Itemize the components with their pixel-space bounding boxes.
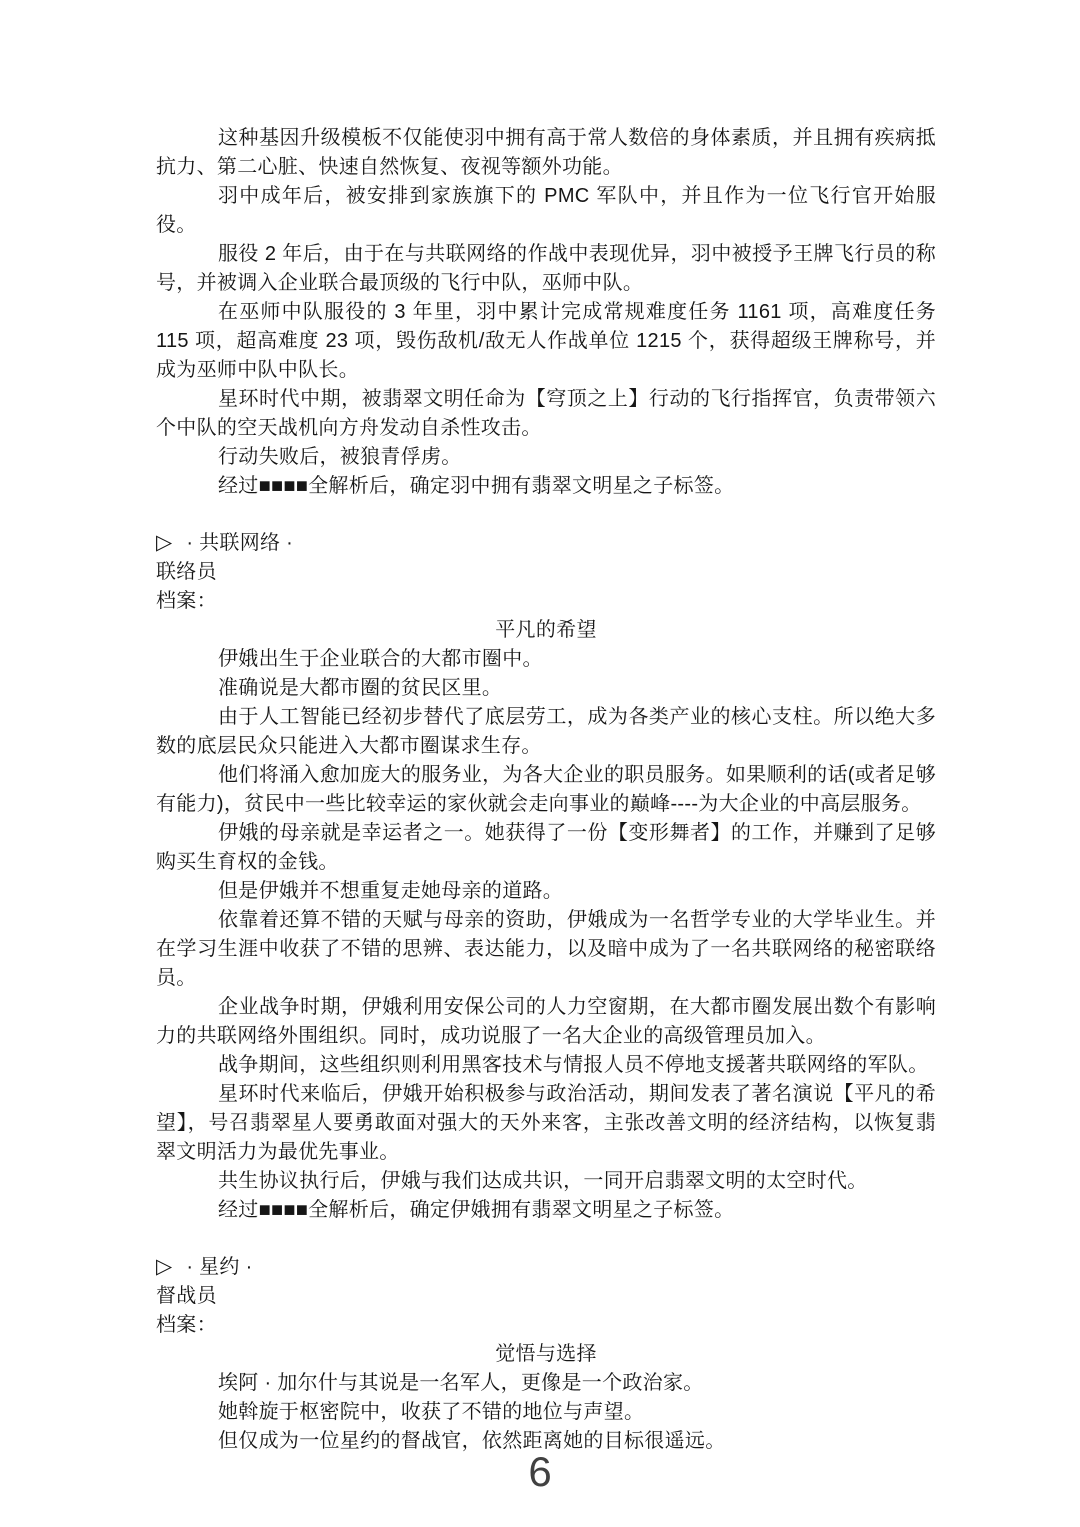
paragraph: 在巫师中队服役的 3 年里，羽中累计完成常规难度任务 1161 项，高难度任务 … <box>156 298 936 385</box>
page-footer: 6 <box>0 1448 1080 1496</box>
paragraph: 这种基因升级模板不仅能使羽中拥有高于常人数倍的身体素质，并且拥有疾病抵抗力、第二… <box>156 124 936 182</box>
archive-title: 觉悟与选择 <box>156 1340 936 1369</box>
paragraph: 共生协议执行后，伊娥与我们达成共识，一同开启翡翠文明的太空时代。 <box>156 1167 936 1196</box>
archive-label: 档案： <box>156 1311 936 1340</box>
paragraph: 服役 2 年后，由于在与共联网络的作战中表现优异，羽中被授予王牌飞行员的称号，并… <box>156 240 936 298</box>
page-content: 这种基因升级模板不仅能使羽中拥有高于常人数倍的身体素质，并且拥有疾病抵抗力、第二… <box>156 124 936 1456</box>
paragraph: 依靠着还算不错的天赋与母亲的资助，伊娥成为一名哲学专业的大学毕业生。并在学习生涯… <box>156 906 936 993</box>
paragraph: 伊娥的母亲就是幸运者之一。她获得了一份【变形舞者】的工作，并赚到了足够购买生育权… <box>156 819 936 877</box>
page-number: 6 <box>528 1448 551 1496</box>
paragraph: 企业战争时期，伊娥利用安保公司的人力空窗期，在大都市圈发展出数个有影响力的共联网… <box>156 993 936 1051</box>
paragraph: 埃阿 · 加尔什与其说是一名军人，更像是一个政治家。 <box>156 1369 936 1398</box>
bio-continuation-block: 这种基因升级模板不仅能使羽中拥有高于常人数倍的身体素质，并且拥有疾病抵抗力、第二… <box>156 124 936 501</box>
section-faction-label: · 星约 · <box>186 1256 252 1278</box>
section-header: ▷ · 星约 · <box>156 1252 936 1282</box>
section-header: ▷ · 共联网络 · <box>156 528 936 558</box>
paragraph: 星环时代来临后，伊娥开始积极参与政治活动，期间发表了著名演说【平凡的希望】，号召… <box>156 1080 936 1167</box>
paragraph: 战争期间，这些组织则利用黑客技术与情报人员不停地支援著共联网络的军队。 <box>156 1051 936 1080</box>
role-label: 联络员 <box>156 558 936 587</box>
paragraph: 羽中成年后，被安排到家族旗下的 PMC 军队中，并且作为一位飞行官开始服役。 <box>156 182 936 240</box>
paragraph: 准确说是大都市圈的贫民区里。 <box>156 674 936 703</box>
triangle-marker-icon: ▷ <box>156 528 172 557</box>
archive-title: 平凡的希望 <box>156 616 936 645</box>
paragraph: 星环时代中期，被翡翠文明任命为【穹顶之上】行动的飞行指挥官，负责带领六个中队的空… <box>156 385 936 443</box>
paragraph: 由于人工智能已经初步替代了底层劳工，成为各类产业的核心支柱。所以绝大多数的底层民… <box>156 703 936 761</box>
archive-label: 档案： <box>156 587 936 616</box>
paragraph: 行动失败后，被狼青俘虏。 <box>156 443 936 472</box>
triangle-marker-icon: ▷ <box>156 1252 172 1281</box>
paragraph: 经过■■■■全解析后，确定伊娥拥有翡翠文明星之子标签。 <box>156 1196 936 1225</box>
section-gonglian-network: ▷ · 共联网络 · 联络员 档案： 平凡的希望 伊娥出生于企业联合的大都市圈中… <box>156 528 936 1225</box>
paragraph: 经过■■■■全解析后，确定羽中拥有翡翠文明星之子标签。 <box>156 472 936 501</box>
paragraph: 他们将涌入愈加庞大的服务业，为各大企业的职员服务。如果顺利的话(或者足够有能力)… <box>156 761 936 819</box>
section-star-pact: ▷ · 星约 · 督战员 档案： 觉悟与选择 埃阿 · 加尔什与其说是一名军人，… <box>156 1252 936 1456</box>
document-page: 这种基因升级模板不仅能使羽中拥有高于常人数倍的身体素质，并且拥有疾病抵抗力、第二… <box>0 0 1080 1527</box>
paragraph: 她斡旋于枢密院中，收获了不错的地位与声望。 <box>156 1398 936 1427</box>
section-faction-label: · 共联网络 · <box>186 532 293 554</box>
paragraph: 伊娥出生于企业联合的大都市圈中。 <box>156 645 936 674</box>
paragraph: 但是伊娥并不想重复走她母亲的道路。 <box>156 877 936 906</box>
role-label: 督战员 <box>156 1282 936 1311</box>
